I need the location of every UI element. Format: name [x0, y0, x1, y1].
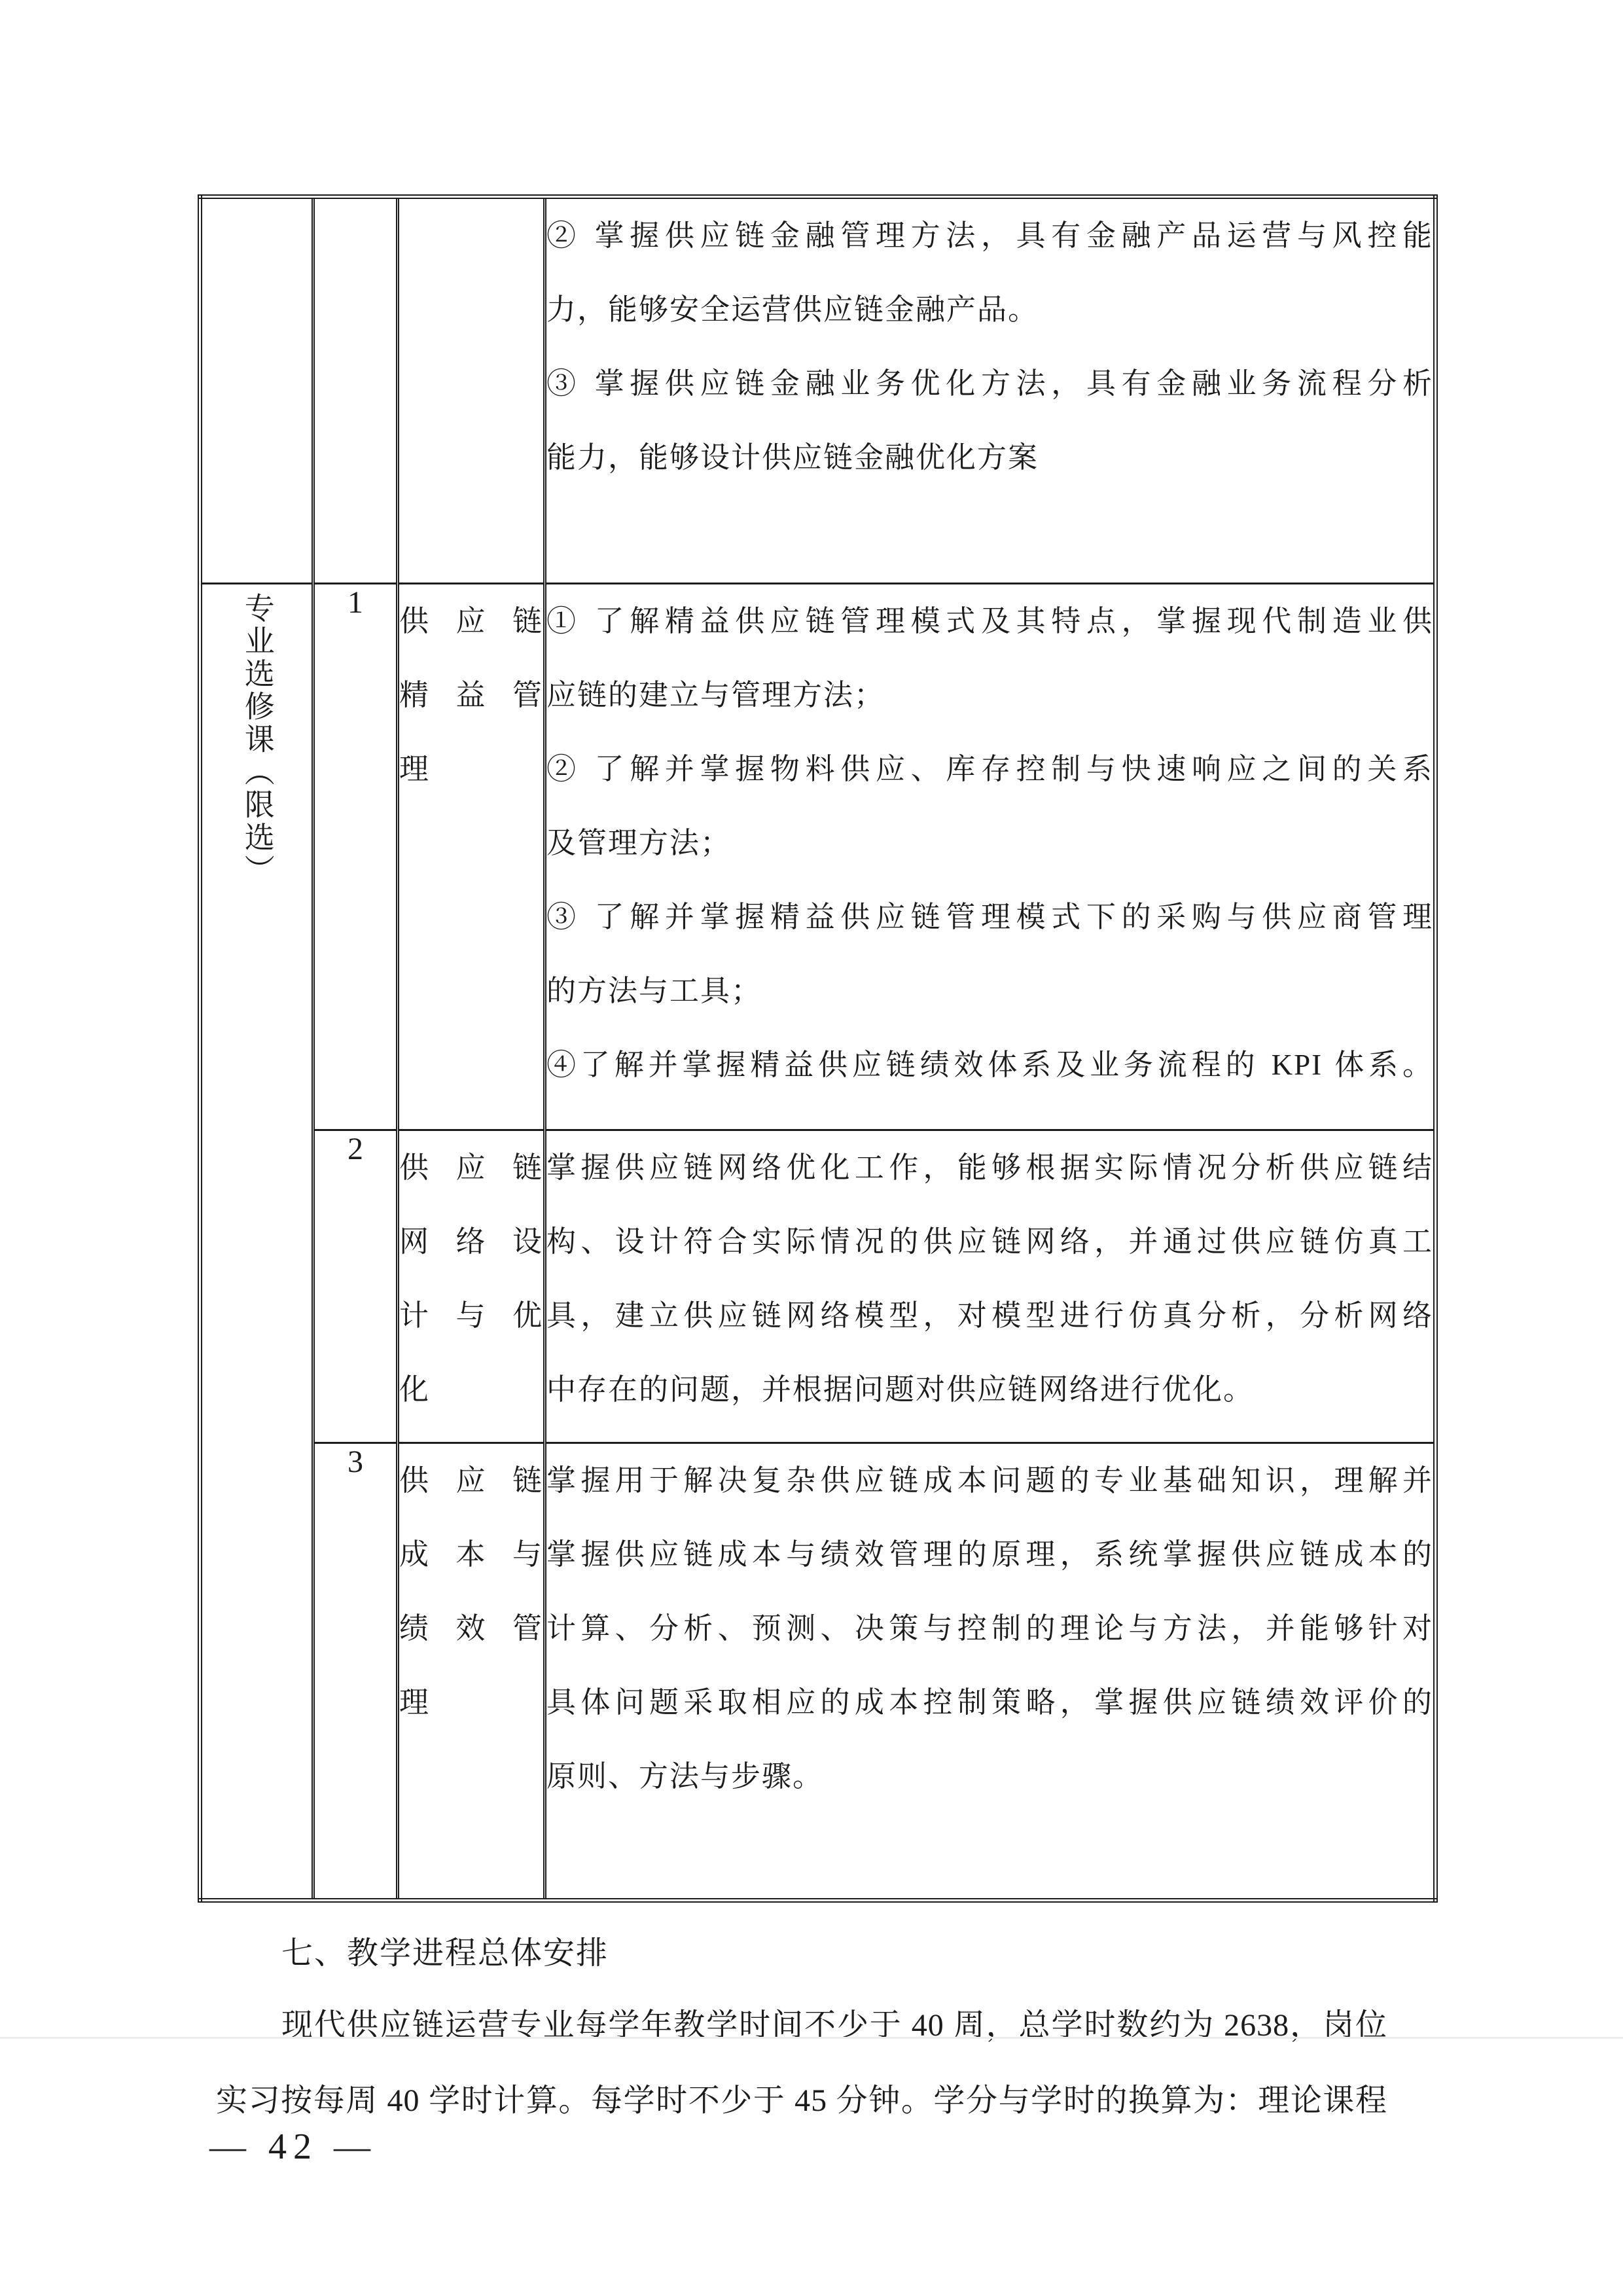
- row-number: 3: [348, 1444, 363, 1479]
- desc-line: ④了解并掌握精益供应链绩效体系及业务流程的 KPI 体系。: [546, 1028, 1433, 1102]
- category-vertical-label: 专业选修课（限选）: [240, 592, 274, 887]
- course-desc-cell: ① 了解精益供应链管理模式及其特点，掌握现代制造业供 应链的建立与管理方法； ②…: [545, 584, 1436, 1130]
- desc-line: 的方法与工具；: [546, 954, 1433, 1028]
- desc-line: 掌握用于解决复杂供应链成本问题的专业基础知识，理解并: [546, 1444, 1433, 1518]
- table-row-course-3: 3 供应链 成本与 绩效管 理 掌握用于解决复杂供应链成本问题的专业基础知识，理…: [200, 1443, 1436, 1901]
- category-cell-empty: [200, 197, 313, 584]
- desc-line: ② 了解并掌握物料供应、库存控制与快速响应之间的关系: [546, 732, 1433, 806]
- course-name-cell: 供应链 精益管 理: [398, 584, 545, 1130]
- row-number-cell: 3: [313, 1443, 398, 1901]
- row-number: 2: [348, 1132, 363, 1166]
- desc-line: 构、设计符合实际情况的供应链网络，并通过供应链仿真工: [546, 1205, 1433, 1279]
- desc-line: 原则、方法与步骤。: [546, 1740, 1433, 1814]
- course-name-line: 理: [399, 1666, 543, 1740]
- course-desc-cell: ② 掌握供应链金融管理方法，具有金融产品运营与风控能 力，能够安全运营供应链金融…: [545, 197, 1436, 584]
- row-number-cell: 2: [313, 1130, 398, 1443]
- course-name-line: 计与优: [399, 1279, 543, 1353]
- desc-line: ③ 了解并掌握精益供应链管理模式下的采购与供应商管理: [546, 880, 1433, 954]
- table-row-continuation: ② 掌握供应链金融管理方法，具有金融产品运营与风控能 力，能够安全运营供应链金融…: [200, 197, 1436, 584]
- paragraph-line: 实习按每周 40 学时计算。每学时不少于 45 分钟。学分与学时的换算为：理论课…: [216, 2075, 1387, 2120]
- desc-line: 具体问题采取相应的成本控制策略，掌握供应链绩效评价的: [546, 1666, 1433, 1740]
- course-name-cell: 供应链 网络设 计与优 化: [398, 1130, 545, 1443]
- course-desc-cell: 掌握供应链网络优化工作，能够根据实际情况分析供应链结 构、设计符合实际情况的供应…: [545, 1130, 1436, 1443]
- desc-line: 掌握供应链网络优化工作，能够根据实际情况分析供应链结: [546, 1131, 1433, 1205]
- course-name-cell: 供应链 成本与 绩效管 理: [398, 1443, 545, 1901]
- course-name-line: 化: [399, 1353, 543, 1427]
- course-name-line: 供应链: [399, 1131, 543, 1205]
- row-number: 1: [348, 585, 363, 620]
- table-row-course-1: 专业选修课（限选） 1 供应链 精益管 理 ① 了解精益供应链管理模式及其特点，…: [200, 584, 1436, 1130]
- desc-line: 掌握供应链成本与绩效管理的原理，系统掌握供应链成本的: [546, 1518, 1433, 1592]
- desc-line: ② 掌握供应链金融管理方法，具有金融产品运营与风控能: [546, 199, 1433, 273]
- course-desc-cell: 掌握用于解决复杂供应链成本问题的专业基础知识，理解并 掌握供应链成本与绩效管理的…: [545, 1443, 1436, 1901]
- course-name-cell-empty: [398, 197, 545, 584]
- desc-line: 力，能够安全运营供应链金融产品。: [546, 273, 1433, 347]
- desc-line: 中存在的问题，并根据问题对供应链网络进行优化。: [546, 1353, 1433, 1427]
- category-cell: 专业选修课（限选）: [200, 584, 313, 1901]
- course-name-line: 供应链: [399, 1444, 543, 1518]
- table-row-course-2: 2 供应链 网络设 计与优 化 掌握供应链网络优化工作，能够根据实际情况分析供应…: [200, 1130, 1436, 1443]
- desc-line: 计算、分析、预测、决策与控制的理论与方法，并能够针对: [546, 1592, 1433, 1666]
- page-number: — 42 —: [209, 2126, 377, 2168]
- desc-line: 及管理方法；: [546, 806, 1433, 880]
- row-number-cell: 1: [313, 584, 398, 1130]
- section-heading: 七、教学进程总体安排: [216, 1928, 1387, 1973]
- course-name-line: 供应链: [399, 584, 543, 658]
- course-name-line: 绩效管: [399, 1592, 543, 1666]
- desc-line: 具，建立供应链网络模型，对模型进行仿真分析，分析网络: [546, 1279, 1433, 1353]
- desc-line: 能力，能够设计供应链金融优化方案: [546, 421, 1433, 495]
- course-name-line: 网络设: [399, 1205, 543, 1279]
- course-table: ② 掌握供应链金融管理方法，具有金融产品运营与风控能 力，能够安全运营供应链金融…: [198, 194, 1438, 1903]
- desc-line: ① 了解精益供应链管理模式及其特点，掌握现代制造业供: [546, 584, 1433, 658]
- desc-line: 应链的建立与管理方法；: [546, 658, 1433, 732]
- scan-artifact-line: [0, 2037, 1623, 2039]
- document-page: ② 掌握供应链金融管理方法，具有金融产品运营与风控能 力，能够安全运营供应链金融…: [0, 0, 1623, 2296]
- row-number-cell-empty: [313, 197, 398, 584]
- desc-line: ③ 掌握供应链金融业务优化方法，具有金融业务流程分析: [546, 347, 1433, 421]
- course-name-line: 理: [399, 732, 543, 806]
- course-name-line: 成本与: [399, 1518, 543, 1592]
- course-name-line: 精益管: [399, 658, 543, 732]
